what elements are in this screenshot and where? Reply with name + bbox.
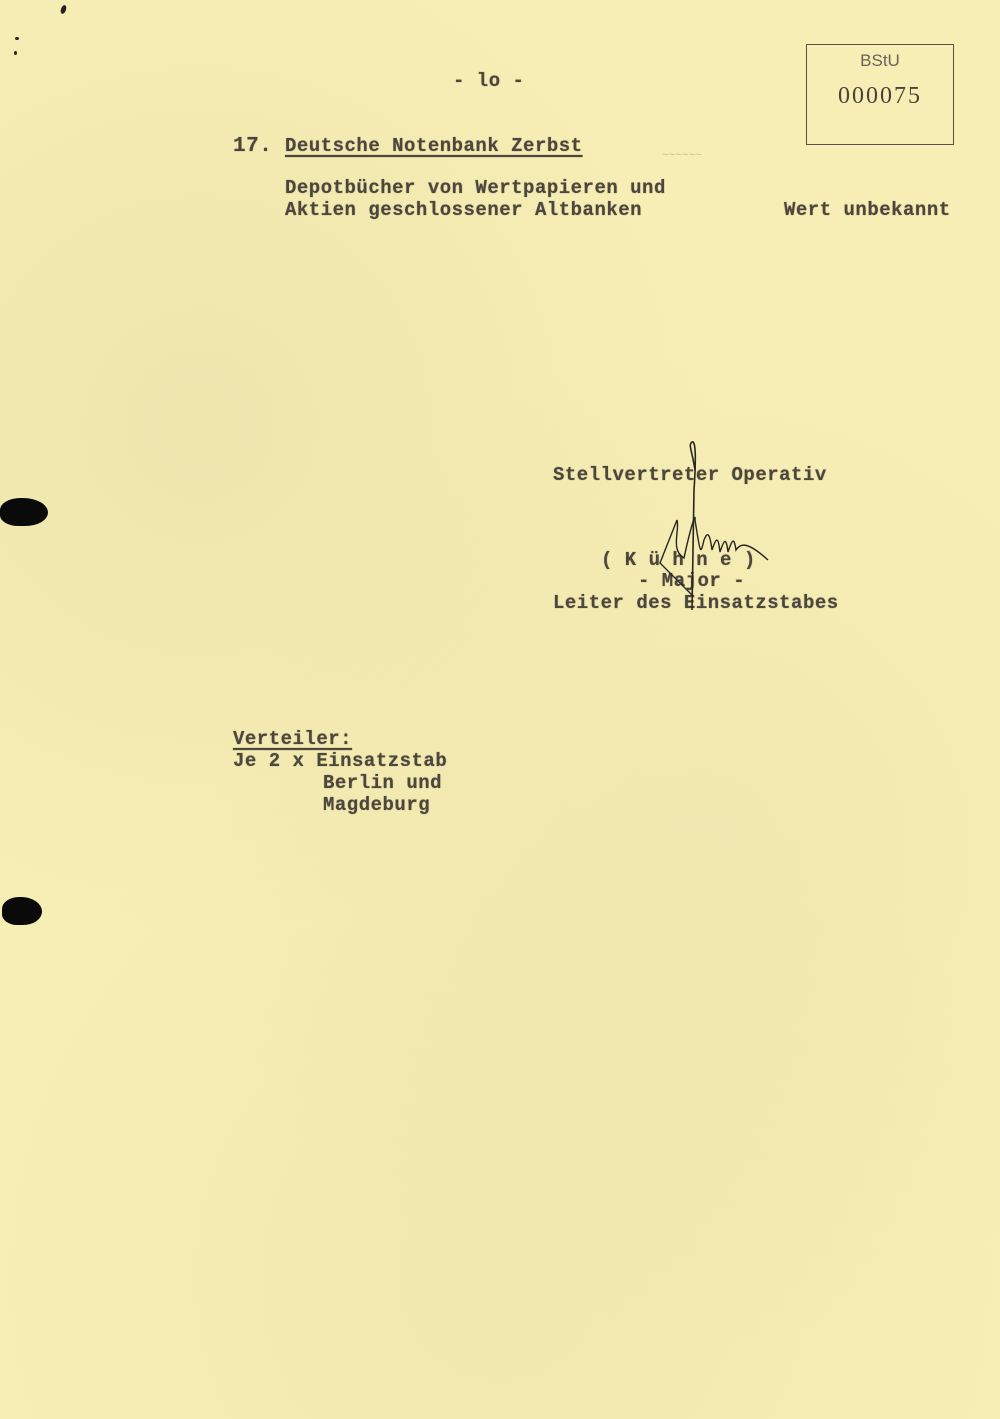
distribution-line3: Magdeburg — [323, 794, 430, 816]
ink-speck — [60, 4, 68, 14]
item-value: Wert unbekannt — [784, 199, 951, 221]
faint-mark: ~~~~~~ — [662, 150, 702, 162]
handwritten-signature — [600, 440, 820, 620]
item-description-line1: Depotbücher von Wertpapieren und — [285, 177, 666, 199]
archive-stamp: BStU 000075 — [806, 44, 954, 145]
page-number: - lo - — [453, 70, 524, 92]
punch-hole-bottom — [2, 897, 42, 925]
distribution-line1: Je 2 x Einsatzstab — [233, 750, 447, 772]
ink-speck — [14, 51, 17, 55]
distribution-label: Verteiler: — [233, 728, 352, 750]
item-title: Deutsche Notenbank Zerbst — [285, 135, 583, 157]
stamp-org: BStU — [807, 51, 953, 71]
punch-hole-top — [0, 498, 48, 526]
distribution-line2: Berlin und — [323, 772, 442, 794]
ink-speck — [15, 37, 19, 40]
item-description-line2: Aktien geschlossener Altbanken — [285, 199, 642, 221]
item-number: 17. — [233, 135, 272, 158]
stamp-number: 000075 — [807, 83, 953, 110]
